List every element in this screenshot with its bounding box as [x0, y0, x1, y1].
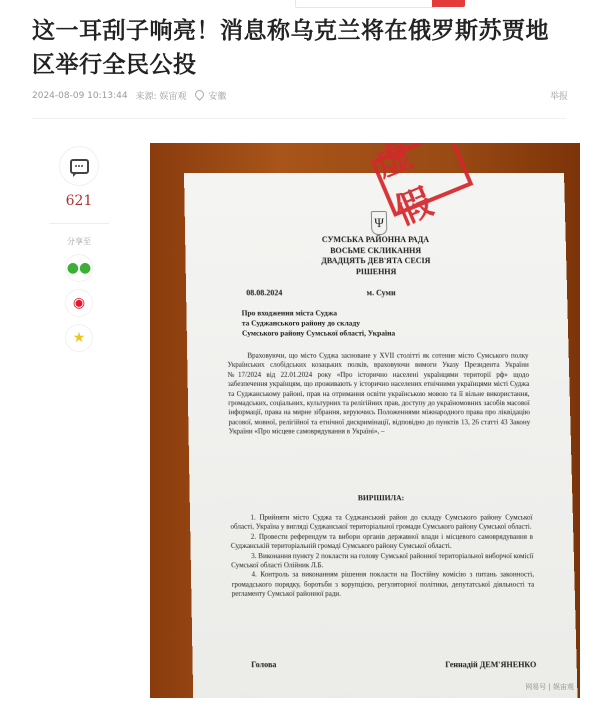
location-text: 安徽 [208, 92, 226, 102]
favorite-button[interactable]: ★ [65, 324, 93, 352]
document-city: м. Суми [366, 288, 395, 297]
comment-button[interactable] [59, 146, 99, 186]
comment-bubble-icon [70, 159, 89, 174]
wechat-icon: ●● [67, 261, 91, 275]
report-link[interactable]: 举报 [550, 89, 568, 102]
search-button[interactable] [432, 0, 465, 7]
header-divider [32, 118, 566, 119]
document-decided: ВИРІШИЛА: [190, 493, 573, 502]
article-title: 这一耳刮子响亮！消息称乌克兰将在俄罗斯苏贾地区举行全民公投 [32, 14, 572, 82]
article-source[interactable]: 来源: 娱宙观 [136, 89, 187, 102]
ukraine-coat-of-arms-icon: Ψ [371, 211, 388, 235]
search-input[interactable] [295, 0, 435, 8]
document-paper: 虚假 Ψ СУМСЬКА РАЙОННА РАДА ВОСЬМЕ СКЛИКАН… [184, 173, 578, 698]
share-label: 分享至 [56, 236, 102, 247]
document-points: 1. Прийняти місто Суджа та Суджанський р… [230, 513, 534, 599]
weibo-icon: ◉ [73, 296, 85, 310]
document-header: СУМСЬКА РАЙОННА РАДА ВОСЬМЕ СКЛИКАННЯ ДВ… [185, 235, 567, 277]
publish-time: 2024-08-09 10:13:44 [32, 91, 128, 101]
document-preamble: Враховуючи, що місто Суджа засноване у X… [227, 352, 530, 437]
top-bar [0, 0, 600, 8]
document-subject: Про входження міста Суджа та Суджанськог… [242, 308, 396, 338]
image-watermark: 网易号 | 娱宙观 [525, 682, 574, 692]
star-icon: ★ [73, 331, 86, 345]
signature-name: Геннадій ДЕМ'ЯНЕНКО [445, 660, 536, 669]
document-date: 08.08.2024 [246, 288, 282, 297]
sidebar-divider [49, 223, 109, 224]
comment-count[interactable]: 621 [56, 193, 102, 209]
location: 安徽 [195, 89, 227, 102]
article-image: 虚假 Ψ СУМСЬКА РАЙОННА РАДА ВОСЬМЕ СКЛИКАН… [150, 143, 580, 698]
location-pin-icon [193, 88, 206, 101]
article-meta: 2024-08-09 10:13:44 来源: 娱宙观 安徽 [32, 89, 226, 102]
fake-stamp: 虚假 [371, 143, 474, 217]
share-sidebar: 621 分享至 ●● ◉ ★ [56, 146, 102, 352]
share-wechat-button[interactable]: ●● [65, 254, 93, 282]
share-weibo-button[interactable]: ◉ [65, 289, 93, 317]
signature-title: Голова [251, 660, 276, 669]
